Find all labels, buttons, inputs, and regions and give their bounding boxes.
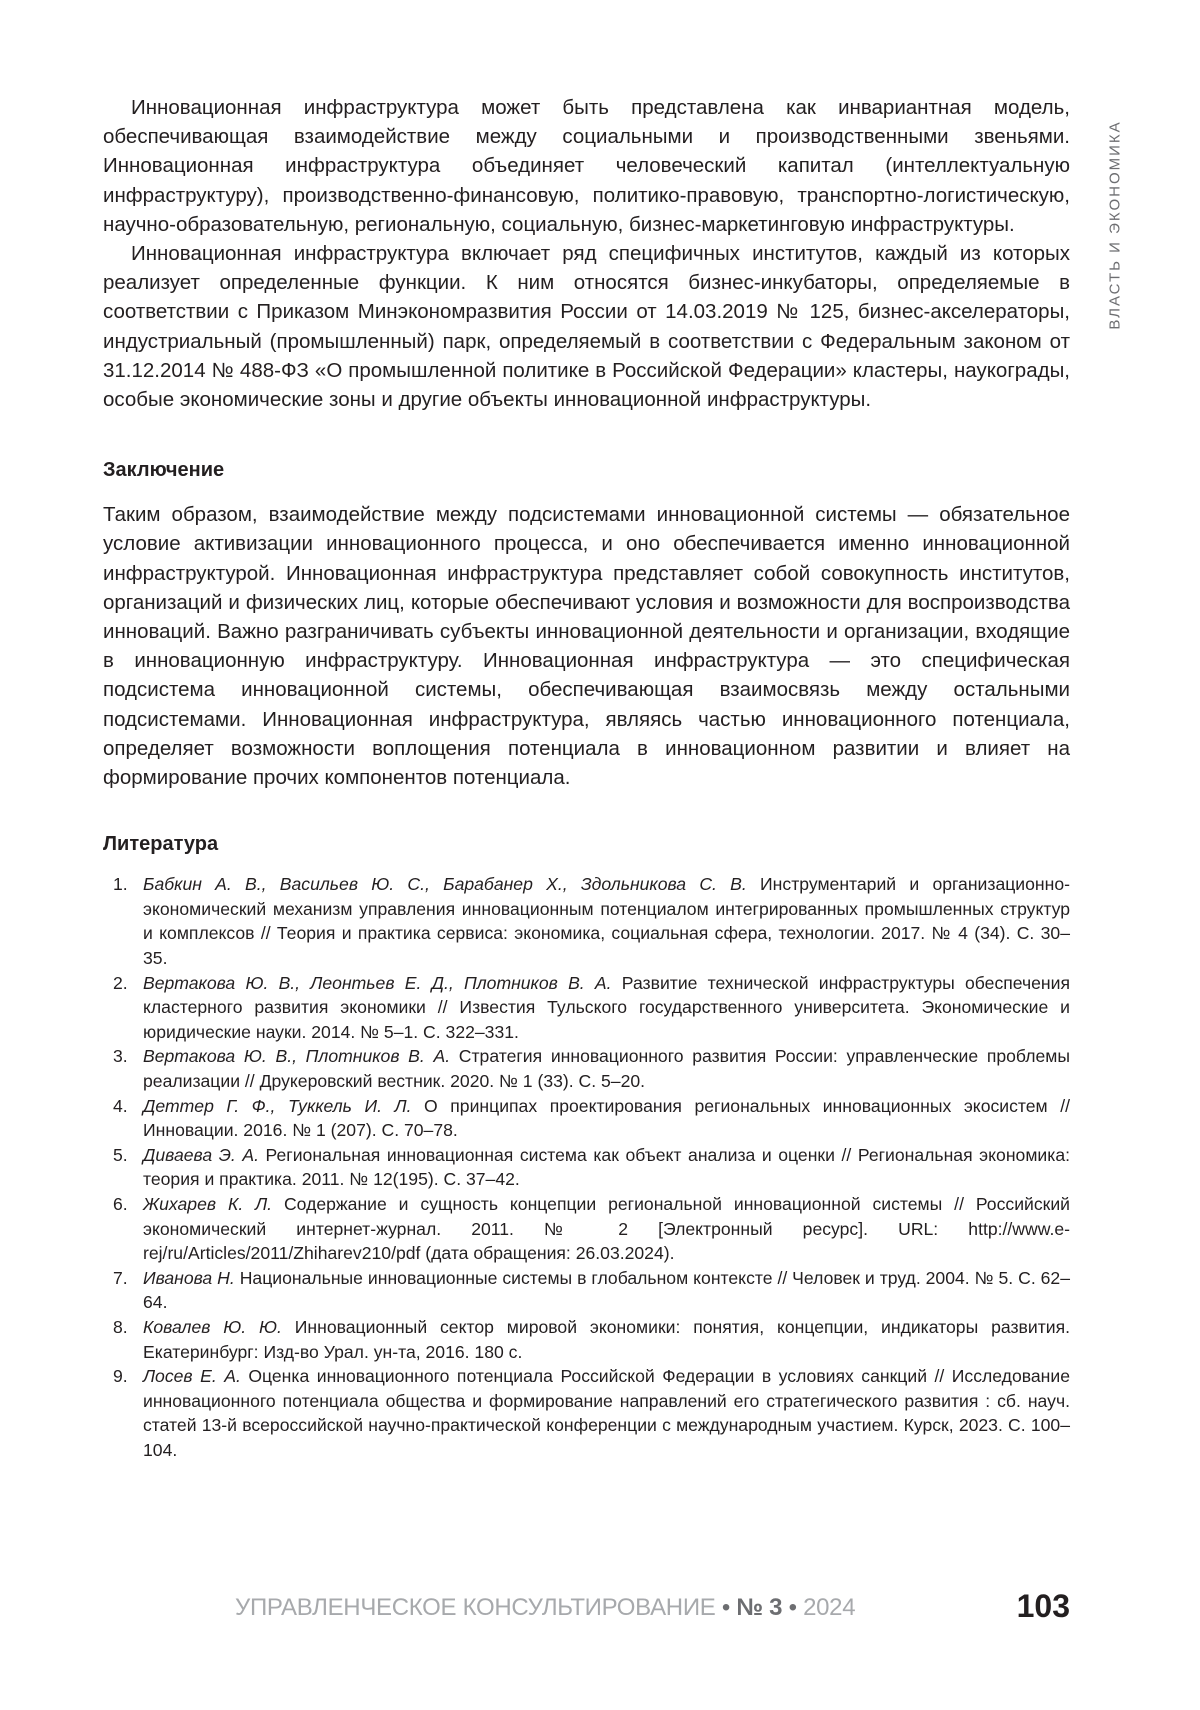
- reference-authors: Деттер Г. Ф., Туккель И. Л.: [143, 1096, 411, 1116]
- reference-item: 9.Лосев Е. А. Оценка инновационного поте…: [103, 1364, 1070, 1462]
- reference-item: 5.Диваева Э. А. Региональная инновационн…: [103, 1143, 1070, 1192]
- reference-item: 3.Вертакова Ю. В., Плотников В. А. Страт…: [103, 1044, 1070, 1093]
- conclusion-paragraph: Таким образом, взаимодействие между подс…: [103, 500, 1070, 792]
- reference-number: 6.: [113, 1192, 128, 1217]
- reference-number: 4.: [113, 1094, 128, 1119]
- journal-title: УПРАВЛЕНЧЕСКОЕ КОНСУЛЬТИРОВАНИЕ: [235, 1594, 716, 1621]
- article-body: Инновационная инфраструктура может быть …: [103, 93, 1070, 1463]
- reference-item: 2.Вертакова Ю. В., Леонтьев Е. Д., Плотн…: [103, 971, 1070, 1045]
- reference-number: 2.: [113, 971, 128, 996]
- reference-item: 8.Ковалев Ю. Ю. Инновационный сектор мир…: [103, 1315, 1070, 1364]
- reference-authors: Диваева Э. А.: [143, 1145, 259, 1165]
- issue-year: 2024: [803, 1594, 855, 1621]
- journal-line: УПРАВЛЕНЧЕСКОЕ КОНСУЛЬТИРОВАНИЕ • № 3 • …: [235, 1594, 855, 1622]
- issue-number: № 3: [736, 1594, 782, 1621]
- reference-number: 8.: [113, 1315, 128, 1340]
- reference-number: 5.: [113, 1143, 128, 1168]
- reference-text: Национальные инновационные системы в гло…: [143, 1268, 1070, 1313]
- separator: •: [782, 1594, 803, 1621]
- reference-authors: Вертакова Ю. В., Леонтьев Е. Д., Плотник…: [143, 973, 612, 993]
- reference-number: 7.: [113, 1266, 128, 1291]
- reference-number: 9.: [113, 1364, 128, 1389]
- reference-authors: Жихарев К. Л.: [143, 1194, 272, 1214]
- literature-heading: Литература: [103, 830, 1070, 858]
- body-paragraph: Инновационная инфраструктура включает ря…: [103, 239, 1070, 414]
- reference-list: 1.Бабкин А. В., Васильев Ю. С., Барабане…: [103, 872, 1070, 1462]
- reference-text: Содержание и сущность концепции регионал…: [143, 1194, 1070, 1263]
- reference-authors: Ковалев Ю. Ю.: [143, 1317, 282, 1337]
- reference-number: 3.: [113, 1044, 128, 1069]
- reference-item: 4.Деттер Г. Ф., Туккель И. Л. О принципа…: [103, 1094, 1070, 1143]
- reference-authors: Иванова Н.: [143, 1268, 235, 1288]
- rubric-label: ВЛАСТЬ И ЭКОНОМИКА: [1107, 120, 1124, 329]
- reference-text: Инновационный сектор мировой экономики: …: [143, 1317, 1070, 1362]
- reference-item: 1.Бабкин А. В., Васильев Ю. С., Барабане…: [103, 872, 1070, 970]
- reference-number: 1.: [113, 872, 128, 897]
- reference-item: 7.Иванова Н. Национальные инновационные …: [103, 1266, 1070, 1315]
- conclusion-heading: Заключение: [103, 456, 1070, 484]
- reference-authors: Бабкин А. В., Васильев Ю. С., Барабанер …: [143, 874, 747, 894]
- reference-authors: Лосев Е. А.: [143, 1366, 241, 1386]
- reference-item: 6.Жихарев К. Л. Содержание и сущность ко…: [103, 1192, 1070, 1266]
- separator: •: [716, 1594, 737, 1621]
- page-number: 103: [1017, 1588, 1070, 1625]
- page-footer: УПРАВЛЕНЧЕСКОЕ КОНСУЛЬТИРОВАНИЕ • № 3 • …: [235, 1588, 1070, 1628]
- body-paragraph: Инновационная инфраструктура может быть …: [103, 93, 1070, 239]
- section-rubric: ВЛАСТЬ И ЭКОНОМИКА: [1100, 100, 1130, 350]
- reference-text: Оценка инновационного потенциала Российс…: [143, 1366, 1070, 1460]
- reference-text: Региональная инновационная система как о…: [143, 1145, 1070, 1190]
- reference-authors: Вертакова Ю. В., Плотников В. А.: [143, 1046, 450, 1066]
